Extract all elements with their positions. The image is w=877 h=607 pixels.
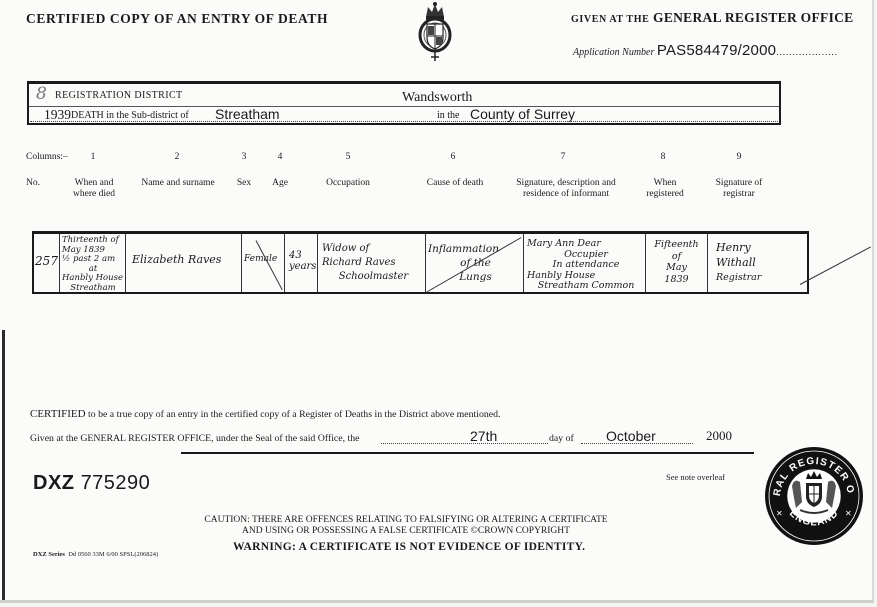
columns-label: Columns:– [26, 152, 68, 162]
entry-registrar: Henry Withall Registrar [708, 234, 807, 292]
series-code: DXZ Series Dd 0560 33M 6/00 SPSL(206824) [33, 551, 158, 558]
series-label: DXZ Series [33, 551, 65, 558]
occupation-line: Schoolmaster [322, 270, 425, 284]
registrar-line: Henry [716, 240, 807, 255]
column-number: 6 [448, 152, 458, 162]
certificate-title: CERTIFIED COPY OF AN ENTRY OF DEATH [26, 11, 328, 27]
column-number: 5 [343, 152, 353, 162]
application-number-value: PAS584479/2000 [657, 42, 776, 59]
registration-year: 1939 [44, 107, 71, 123]
certification-month: October [606, 428, 656, 444]
svg-text:✕: ✕ [776, 509, 783, 518]
registrar-line: Withall [716, 255, 807, 270]
column-number: 1 [88, 152, 98, 162]
series-details: Dd 0560 33M 6/00 SPSL(206824) [68, 551, 158, 558]
sex-value: Female [244, 254, 277, 264]
entry-when-where: Thirteenth of May 1839 ½ past 2 am at Ha… [60, 234, 126, 292]
column-header-registrar: Signature of registrar [710, 178, 768, 200]
given-at-prefix: GIVEN AT THE [571, 14, 649, 25]
certificate-page: CERTIFIED COPY OF AN ENTRY OF DEATH GIVE… [0, 0, 874, 603]
column-header-when-where: When and where died [70, 178, 118, 200]
entry-informant: Mary Ann Dear Occupier In attendance Han… [524, 234, 646, 292]
strike-line [800, 247, 871, 285]
caution-line: AND USING OR POSSESSING A FALSE CERTIFIC… [196, 526, 616, 537]
column-header-when-registered: When registered [640, 178, 690, 200]
column-number: 8 [658, 152, 668, 162]
column-header-cause: Cause of death [425, 178, 485, 189]
informant-line: Streatham Common [527, 281, 645, 292]
svg-text:✕: ✕ [845, 509, 852, 518]
entry-number-value: 257 [35, 254, 58, 268]
county-value: County of Surrey [470, 106, 575, 122]
caution-line: CAUTION: THERE ARE OFFENCES RELATING TO … [196, 515, 616, 526]
deceased-name: Elizabeth Raves [132, 253, 221, 266]
application-number-label: Application Number [573, 47, 654, 58]
day-of-label: day of [549, 433, 574, 444]
registered-line: May [646, 262, 707, 274]
serial-number: 775290 [81, 472, 151, 494]
caution-notice: CAUTION: THERE ARE OFFENCES RELATING TO … [196, 515, 616, 537]
certified-statement: CERTIFIED to be a true copy of an entry … [30, 408, 500, 420]
registered-line: of [646, 251, 707, 263]
column-header-sex: Sex [232, 178, 256, 189]
given-at-heading: GIVEN AT THE GENERAL REGISTER OFFICE [571, 10, 853, 26]
death-sub-district-label: DEATH in the Sub-district of [71, 110, 189, 121]
registrar-line: Registrar [716, 270, 807, 285]
age-unit: years [289, 261, 317, 272]
application-number-line: Application Number PAS584479/2000.......… [573, 42, 838, 59]
royal-crest-icon [417, 1, 453, 63]
given-at-statement: Given at the GENERAL REGISTER OFFICE, un… [30, 433, 360, 444]
death-entry-row: 257 Thirteenth of May 1839 ½ past 2 am a… [32, 231, 809, 294]
column-header-no: No. [26, 178, 40, 189]
entry-when-registered: Fifteenth of May 1839 [646, 234, 708, 292]
see-note-overleaf: See note overleaf [666, 472, 725, 482]
column-header-occupation: Occupation [318, 178, 378, 189]
registered-line: Fifteenth [646, 239, 707, 251]
occupation-line: Richard Raves [322, 256, 425, 270]
informant-line: Mary Ann Dear [527, 239, 645, 250]
registration-district-label: REGISTRATION DISTRICT [55, 90, 183, 101]
column-number: 7 [558, 152, 568, 162]
column-number: 3 [239, 152, 249, 162]
column-header-name: Name and surname [136, 178, 220, 189]
column-number: 2 [172, 152, 182, 162]
identity-warning: WARNING: A CERTIFICATE IS NOT EVIDENCE O… [233, 541, 585, 553]
entry-number: 257 [34, 234, 60, 292]
registered-line: 1839 [646, 274, 707, 286]
entry-age: 43 years [285, 234, 318, 292]
certification-year: 2000 [706, 428, 732, 444]
certified-label: CERTIFIED [30, 408, 86, 420]
certificate-serial: DXZ 775290 [33, 472, 150, 495]
sub-district-value: Streatham [215, 106, 280, 122]
entry-name: Elizabeth Raves [126, 234, 242, 292]
in-the-label: in the [437, 110, 460, 121]
column-header-age: Age [268, 178, 292, 189]
occupation-line: Widow of [322, 242, 425, 256]
handwritten-mark: 8 [36, 84, 47, 104]
column-header-informant: Signature, description and residence of … [512, 178, 620, 200]
page-edge [2, 330, 5, 600]
serial-prefix: DXZ [33, 472, 75, 494]
registration-district-value: Wandsworth [402, 90, 472, 106]
certification-day: 27th [470, 428, 497, 444]
general-register-office-label: GENERAL REGISTER OFFICE [653, 10, 853, 25]
column-number: 9 [734, 152, 744, 162]
dotted-line [30, 121, 778, 122]
divider-rule [181, 452, 754, 454]
certified-text: to be a true copy of an entry in the cer… [88, 409, 500, 420]
column-number: 4 [275, 152, 285, 162]
dotted-line [381, 443, 548, 444]
age-value: 43 [289, 250, 317, 261]
entry-occupation: Widow of Richard Raves Schoolmaster [318, 234, 426, 292]
general-register-office-seal-icon: GENERAL REGISTER OFFICE ENGLAND ✕ ✕ [764, 446, 864, 546]
when-where-line: Streatham [62, 284, 124, 294]
